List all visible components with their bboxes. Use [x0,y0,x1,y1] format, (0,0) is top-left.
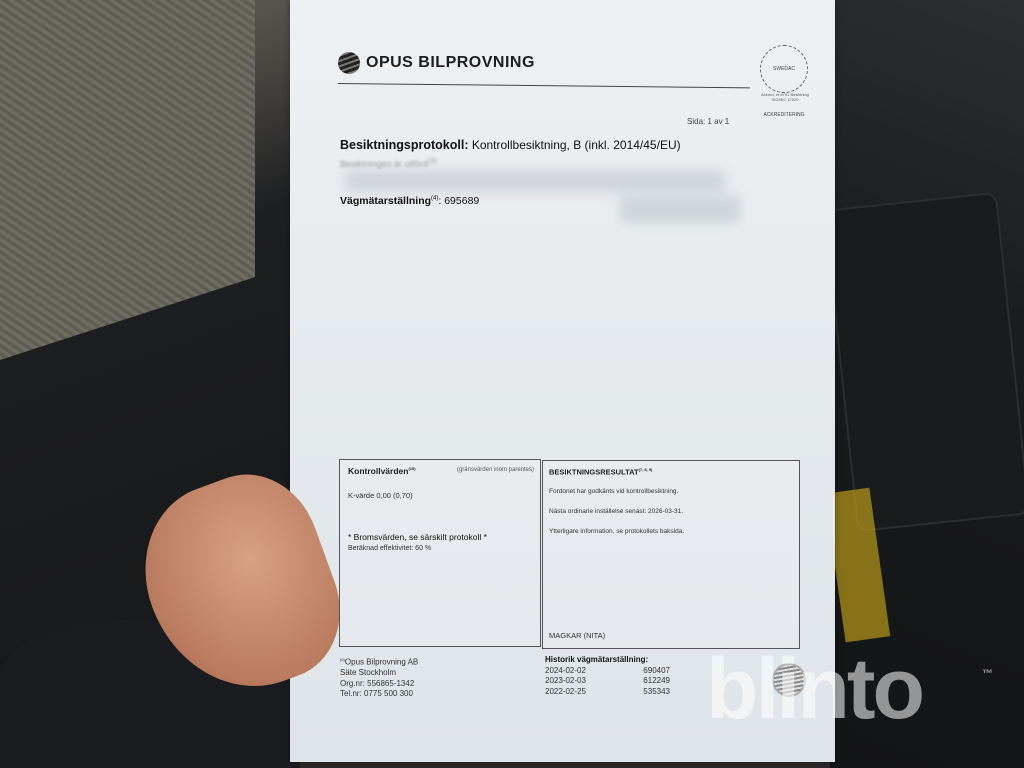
company-info: (6)Opus Bilprovning AB Säte Stockholm Or… [340,655,418,700]
result-line: Nästa ordinarie inställelse senast: 2026… [549,508,683,515]
history-row: 2024-02-02690407 [545,666,670,677]
opus-logo: OPUS BILPROVNING [338,52,535,74]
history-row: 2023-02-03612249 [545,676,670,687]
limit-note: (gränsvärden inom parentes) [457,467,534,473]
odometer-history: Historik vägmätarställning: 2024-02-0269… [545,655,670,697]
performed-line: Besiktningen är utförd(3) [340,156,437,169]
door-handle [824,192,1024,532]
document-title: Besiktningsprotokoll: Kontrollbesiktning… [340,138,681,152]
globe-icon [338,52,360,74]
result-line: Ytterligare information, se protokollets… [549,528,684,535]
result-line: Fordonet har godkänts vid kontrollbesikt… [549,488,678,495]
swedac-seal-icon: SWEDAC ACKREDITERING [760,45,808,93]
redacted-region [620,195,740,223]
control-values-heading: Kontrollvärden(15) [348,466,416,476]
blinto-watermark: blinto [706,640,922,739]
trademark: ™ [982,668,993,680]
control-values-box: Kontrollvärden(15) (gränsvärden inom par… [339,459,541,647]
result-heading: BESIKTNINGSRESULTAT(7, 8, 9) [549,467,652,477]
page-indicator: Sida: 1 av 1 [687,117,729,126]
brake-values-heading: * Bromsvärden, se särskilt protokoll * [348,532,487,542]
inspector-name: MAGKAR (NITA) [549,631,605,640]
history-row: 2022-02-25535343 [545,687,670,698]
accreditation-text: Ackred. nr 8791 Besiktning ISO/IEC 17020 [760,92,810,102]
brand-name: OPUS BILPROVNING [366,54,535,72]
redacted-region [345,170,725,192]
brake-efficiency: Beräknad effektivitet: 60 % [348,545,431,552]
odometer-reading: Vägmätarställning(4): 695689 [340,195,479,207]
inspection-result-box: BESIKTNINGSRESULTAT(7, 8, 9) Fordonet ha… [542,460,800,649]
k-value: K-värde 0,00 (0,70) [348,491,413,500]
